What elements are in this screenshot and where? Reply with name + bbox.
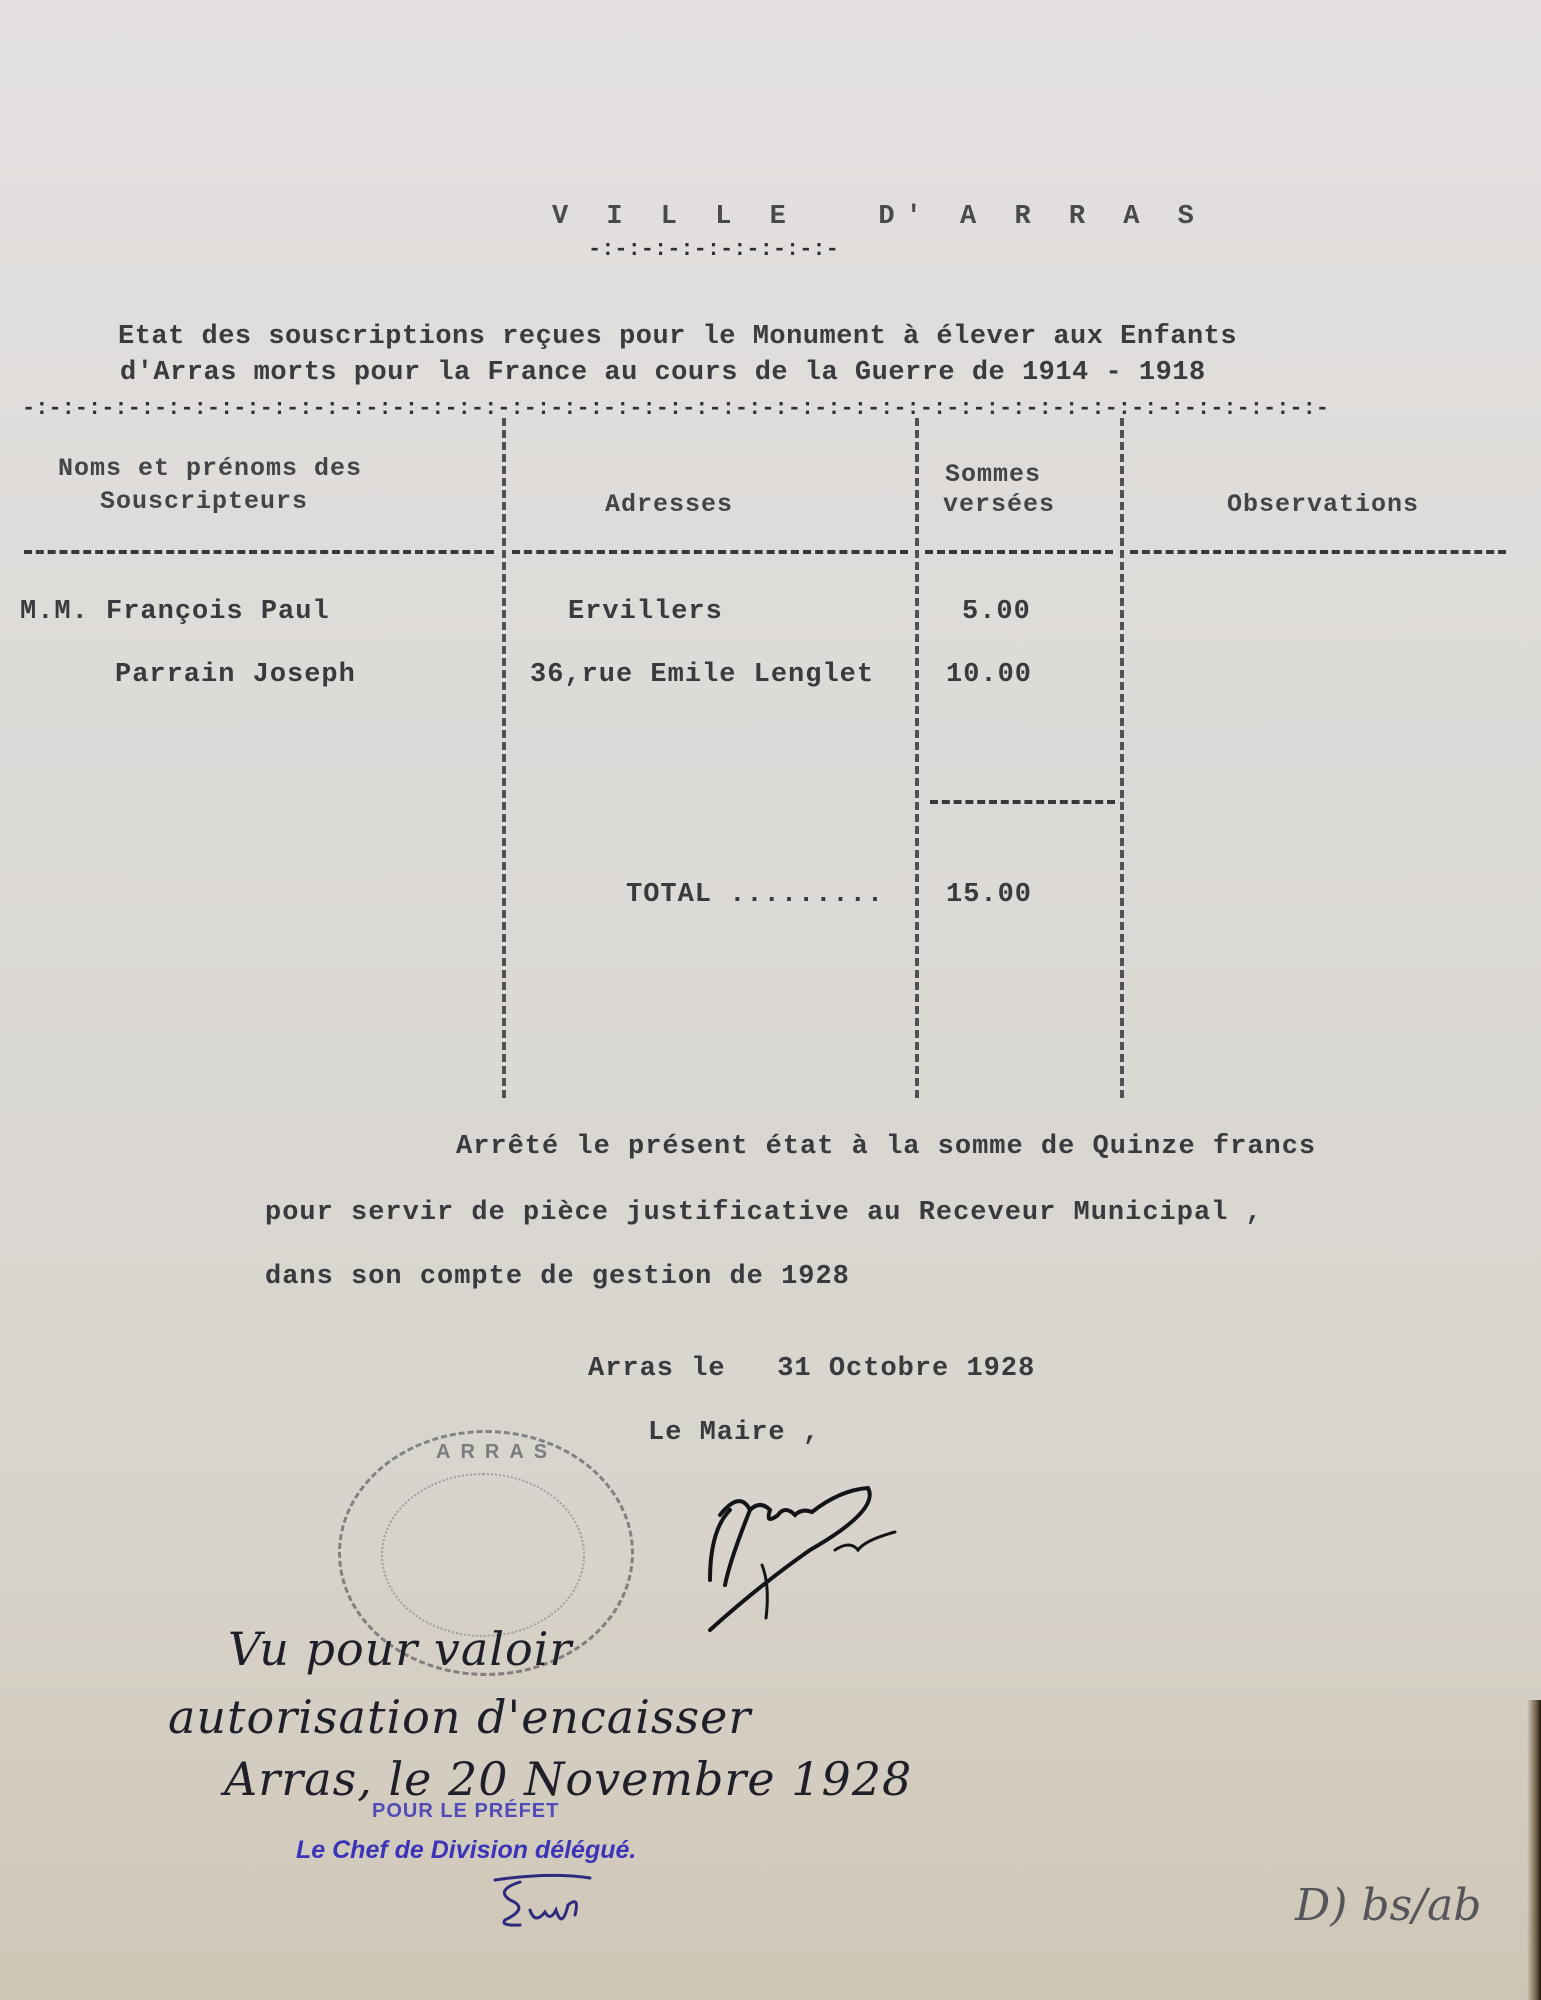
paper-edge-shadow xyxy=(1527,1700,1541,2000)
header-amount-line-2: versées xyxy=(943,490,1055,519)
header-rule-4 xyxy=(1130,550,1506,554)
header-rule-1 xyxy=(24,550,494,554)
prefect-signature-icon xyxy=(490,1870,610,1930)
title-underline-rule: -:-:-:-:-:-:-:-:-:- xyxy=(588,237,839,262)
signatory-title: Le Maire , xyxy=(648,1418,820,1448)
prefect-stamp-line-1: POUR LE PRÉFET xyxy=(372,1800,559,1823)
closing-line-2: pour servir de pièce justificative au Re… xyxy=(265,1198,1263,1228)
mayor-signature-icon xyxy=(690,1470,910,1640)
seal-text: ARRAS xyxy=(436,1441,557,1464)
row-2-address: 36,rue Emile Lenglet xyxy=(530,660,874,690)
corner-note: D) bs/ab xyxy=(1295,1880,1481,1931)
sum-rule xyxy=(930,800,1115,804)
header-names-line-1: Noms et prénoms des xyxy=(58,454,362,483)
total-label: TOTAL ......... xyxy=(626,880,884,910)
header-rule-3 xyxy=(925,550,1113,554)
prefect-stamp-line-2: Le Chef de Division délégué. xyxy=(296,1836,636,1865)
annotation-line-2: autorisation d'encaisser xyxy=(168,1690,751,1744)
row-1-address: Ervillers xyxy=(568,597,723,627)
header-names-line-2: Souscripteurs xyxy=(100,487,308,516)
intro-line-2: d'Arras morts pour la France au cours de… xyxy=(120,358,1206,388)
table-top-rule: -:-:-:-:-:-:-:-:-:-:-:-:-:-:-:-:-:-:-:-:… xyxy=(22,396,1329,421)
header-amount-line-1: Sommes xyxy=(945,460,1041,489)
column-divider-2 xyxy=(915,418,923,1098)
column-divider-3 xyxy=(1120,418,1128,1098)
total-amount: 15.00 xyxy=(946,880,1032,910)
document-title: V I L L E D' A R R A S xyxy=(552,202,1205,232)
header-rule-2 xyxy=(512,550,908,554)
annotation-line-3: Arras, le 20 Novembre 1928 xyxy=(224,1752,912,1806)
header-address: Adresses xyxy=(605,490,733,519)
annotation-line-1: Vu pour valoir xyxy=(228,1622,572,1676)
closing-line-1: Arrêté le présent état à la somme de Qui… xyxy=(456,1132,1316,1162)
closing-line-3: dans son compte de gestion de 1928 xyxy=(265,1262,850,1292)
row-1-amount: 5.00 xyxy=(962,597,1031,627)
row-2-name: Parrain Joseph xyxy=(115,660,356,690)
header-observations: Observations xyxy=(1227,490,1419,519)
document-date: Arras le 31 Octobre 1928 xyxy=(588,1354,1035,1384)
column-divider-1 xyxy=(502,418,510,1098)
seal-inner-ring xyxy=(381,1473,585,1637)
intro-line-1: Etat des souscriptions reçues pour le Mo… xyxy=(118,322,1237,352)
row-1-name: M.M. François Paul xyxy=(20,597,330,627)
row-2-amount: 10.00 xyxy=(946,660,1032,690)
